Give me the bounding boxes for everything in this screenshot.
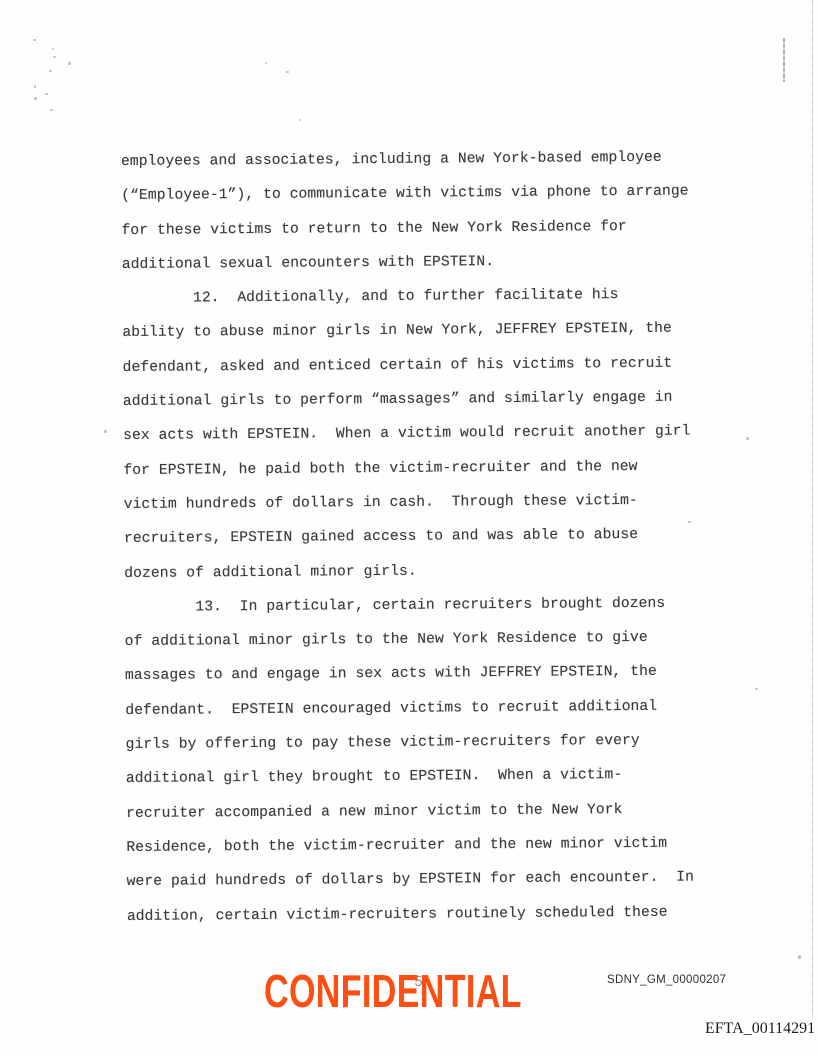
confidential-stamp: CONFIDENTIAL bbox=[264, 968, 522, 1014]
scan-speckle bbox=[265, 62, 267, 64]
text-line: for EPSTEIN, he paid both the victim-rec… bbox=[123, 449, 691, 488]
text-line-paragraph-13-start: 13. In particular, certain recruiters br… bbox=[124, 586, 692, 625]
scan-speckle bbox=[33, 39, 36, 41]
scan-speckle bbox=[34, 97, 37, 100]
scan-speckle bbox=[34, 85, 36, 88]
text-line: dozens of additional minor girls. bbox=[124, 552, 692, 591]
scan-speckle bbox=[49, 70, 52, 72]
scan-speckle bbox=[299, 119, 301, 121]
text-line: girls by offering to pay these victim-re… bbox=[125, 724, 693, 763]
text-line: additional girl they brought to EPSTEIN.… bbox=[126, 758, 694, 797]
scan-speckle bbox=[53, 56, 56, 58]
bates-number-efta: EFTA_00114291 bbox=[705, 1020, 815, 1038]
scan-tick-mark bbox=[783, 38, 785, 82]
scan-speckle bbox=[45, 93, 48, 95]
text-line: massages to and engage in sex acts with … bbox=[125, 655, 693, 694]
text-line: were paid hundreds of dollars by EPSTEIN… bbox=[127, 861, 695, 900]
text-line: additional sexual encounters with EPSTEI… bbox=[122, 243, 690, 282]
scan-speckle bbox=[746, 437, 749, 440]
text-line: recruiters, EPSTEIN gained access to and… bbox=[124, 518, 692, 557]
scan-speckle bbox=[68, 62, 71, 65]
typewritten-text-block: employees and associates, including a Ne… bbox=[121, 141, 694, 934]
text-line: recruiter accompanied a new minor victim… bbox=[126, 792, 694, 831]
bates-number-sdny: SDNY_GM_00000207 bbox=[607, 974, 726, 986]
page-edge-line bbox=[812, 0, 813, 1018]
text-line: (“Employee-1”), to communicate with vict… bbox=[121, 175, 689, 214]
text-line: Residence, both the victim-recruiter and… bbox=[126, 826, 694, 865]
text-line: defendant, asked and enticed certain of … bbox=[122, 346, 690, 385]
scanned-document-page: employees and associates, including a Ne… bbox=[0, 0, 817, 1056]
text-line: additional girls to perform “massages” a… bbox=[123, 381, 691, 420]
scan-speckle bbox=[286, 71, 289, 73]
text-line: addition, certain victim-recruiters rout… bbox=[127, 895, 695, 934]
scan-speckle bbox=[104, 430, 107, 433]
text-line: employees and associates, including a Ne… bbox=[121, 141, 689, 180]
text-line: ability to abuse minor girls in New York… bbox=[122, 312, 690, 351]
text-line: for these victims to return to the New Y… bbox=[121, 209, 689, 248]
text-line: defendant. EPSTEIN encouraged victims to… bbox=[125, 689, 693, 728]
text-line: of additional minor girls to the New Yor… bbox=[125, 621, 693, 660]
scan-speckle bbox=[798, 955, 801, 959]
text-line-paragraph-12-start: 12. Additionally, and to further facilit… bbox=[122, 278, 690, 317]
text-line: sex acts with EPSTEIN. When a victim wou… bbox=[123, 415, 691, 454]
text-line: victim hundreds of dollars in cash. Thro… bbox=[124, 484, 692, 523]
scan-speckle bbox=[755, 688, 758, 690]
scan-speckle bbox=[50, 109, 53, 111]
scan-speckle bbox=[52, 48, 54, 50]
